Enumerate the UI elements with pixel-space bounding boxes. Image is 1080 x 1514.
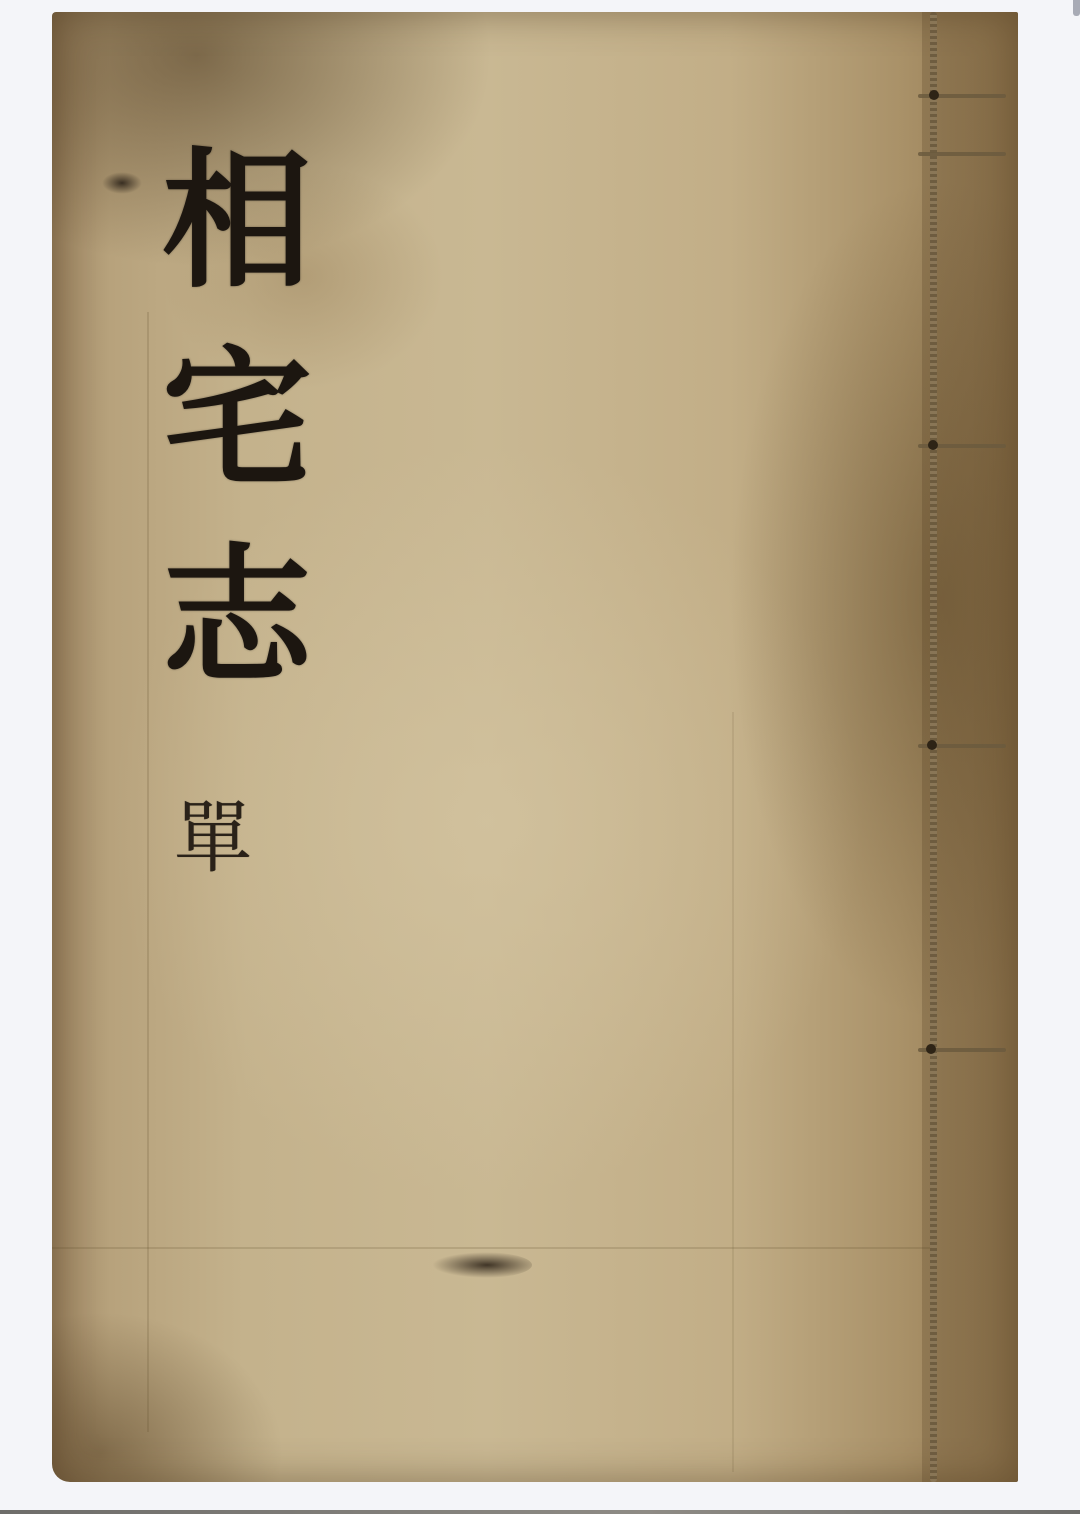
paper-crease	[52, 1247, 932, 1249]
ink-stain	[102, 172, 142, 194]
binding-thread	[918, 152, 1006, 156]
title-char: 宅	[162, 320, 312, 518]
scrollbar-thumb[interactable]	[1073, 0, 1080, 16]
binding-knot	[926, 1044, 936, 1054]
title-char: 相	[162, 122, 312, 320]
bottom-edge-strip	[0, 1510, 1080, 1514]
volume-label: 單	[174, 780, 252, 898]
title-char: 志	[162, 518, 312, 716]
binding-knot	[928, 440, 938, 450]
binding-knot	[929, 90, 939, 100]
binding-knot	[927, 740, 937, 750]
paper-crease	[732, 712, 734, 1472]
cover-title: 相 宅 志	[152, 122, 322, 716]
ink-stain	[432, 1252, 532, 1278]
book-spine-binding	[922, 12, 1018, 1482]
paper-crease	[147, 312, 149, 1432]
book-cover: 相 宅 志 單	[52, 12, 1018, 1482]
